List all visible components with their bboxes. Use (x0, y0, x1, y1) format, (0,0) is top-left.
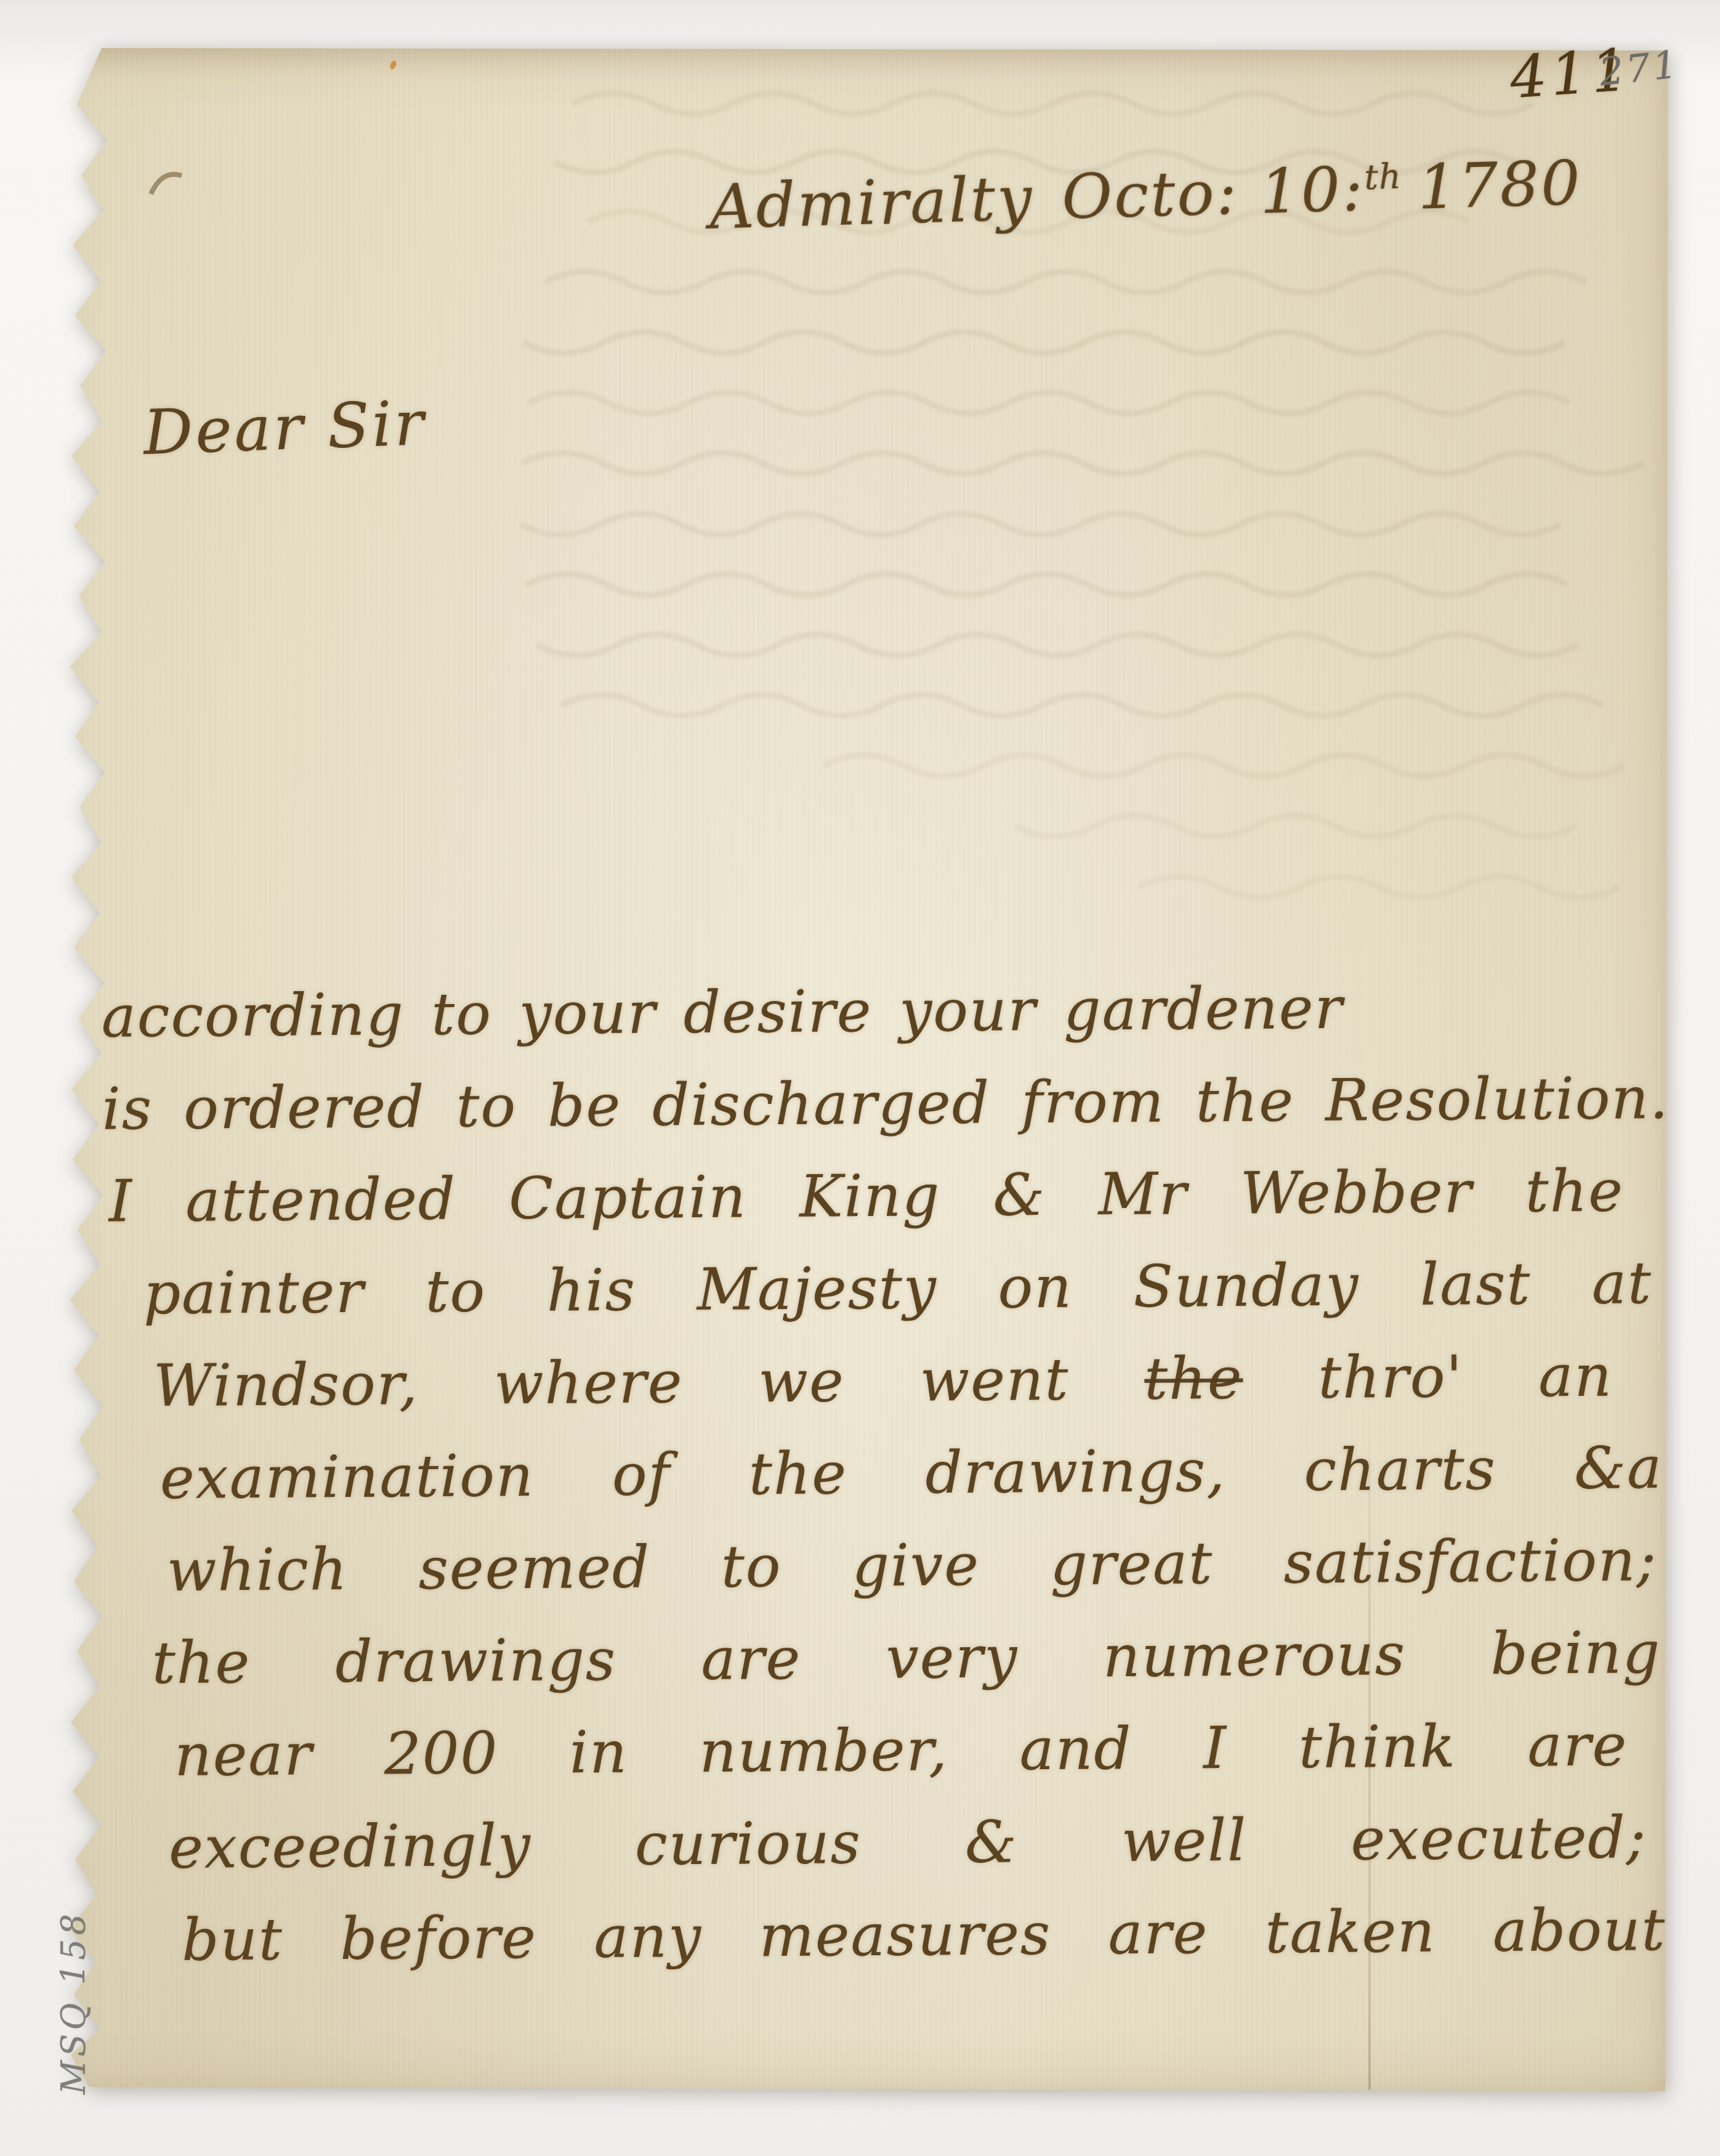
line-text: is ordered to be discharged from the Res… (102, 1065, 1670, 1143)
line-text: the drawings are very numerous being (152, 1619, 1661, 1697)
letter-body-line: according to your desire your gardener (101, 964, 1167, 1064)
line-text: Windsor, where we went (153, 1346, 1145, 1420)
line-text: according to your desire your gardener (101, 975, 1343, 1051)
line-text: exceedingly curious & well executed; (169, 1804, 1647, 1882)
letter-body-line: painter to his Majesty on Sunday last at (143, 1238, 1652, 1340)
scan-background: { "marks": { "folio_ink": "411", "folio_… (0, 0, 1720, 2156)
letter-body-line: Windsor, where we went the thro' an (153, 1331, 1613, 1433)
line-text: painter to his Majesty on Sunday last at (143, 1250, 1653, 1327)
letter-body-line: exceedingly curious & well executed; (169, 1792, 1647, 1895)
struck-word: the (1144, 1345, 1243, 1413)
dateline-ordinal: th (1363, 156, 1402, 198)
shelfmark-pencil: MSQ 158 (54, 1885, 93, 2094)
letter-body-line: but before any measures are taken about (182, 1884, 1666, 1987)
letter-body-line: I attended Captain King & Mr Webber the (108, 1145, 1624, 1248)
letter-body-line: near 200 in number, and I think are (174, 1700, 1628, 1802)
line-text: examination of the drawings, charts &a (160, 1435, 1663, 1512)
letter-body-line: the drawings are very numerous being (152, 1607, 1661, 1710)
line-text: near 200 in number, and I think are (174, 1712, 1628, 1789)
letter-body: according to your desire your gardener i… (42, 960, 1687, 1988)
dateline-year: 1780 (1417, 147, 1583, 223)
paper-crease (1368, 1404, 1371, 2089)
line-text: thro' an (1243, 1343, 1613, 1412)
letter-body-line: is ordered to be discharged from the Res… (102, 1053, 1670, 1156)
letter-body-line: examination of the drawings, charts &a (160, 1422, 1663, 1525)
salutation: Dear Sir (142, 387, 427, 469)
folio-number-pencil: 271 (1597, 41, 1682, 94)
line-text: which seemed to give great satisfaction; (167, 1527, 1658, 1605)
letter-body-line: which seemed to give great satisfaction; (167, 1515, 1658, 1618)
dateline-place: Admiralty (709, 162, 1035, 243)
line-text: I attended Captain King & Mr Webber the (109, 1157, 1625, 1235)
line-text: but before any measures are taken about (182, 1897, 1666, 1974)
dateline-monthday: Octo: 10: (1061, 153, 1366, 233)
